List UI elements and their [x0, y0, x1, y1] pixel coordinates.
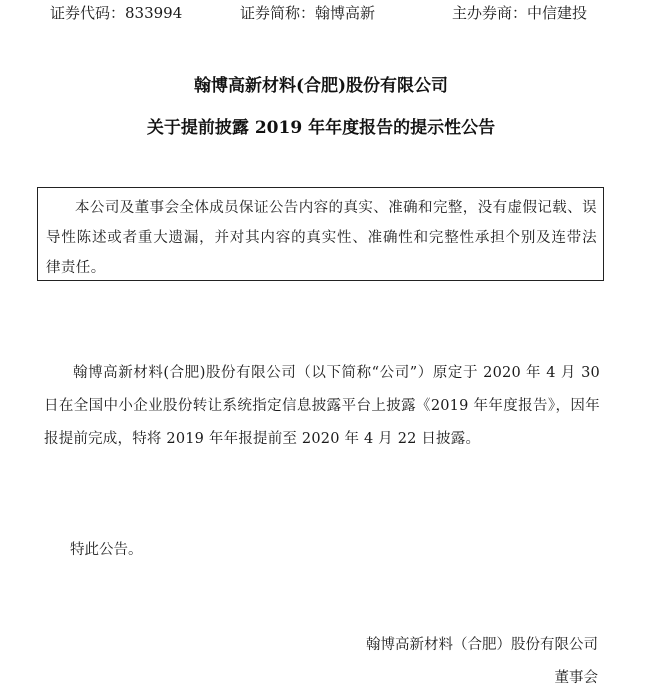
lead-broker: 主办券商：中信建投	[452, 2, 587, 24]
company-title: 翰博高新材料(合肥)股份有限公司	[0, 74, 652, 98]
security-short-name: 证券简称：翰博高新	[240, 2, 375, 24]
announcement-title: 关于提前披露 2019 年年度报告的提示性公告	[0, 116, 652, 140]
disclaimer-box: 本公司及董事会全体成员保证公告内容的真实、准确和完整，没有虚假记载、误导性陈述或…	[37, 187, 604, 281]
security-code: 证券代码：833994	[50, 2, 182, 24]
signature-company: 翰博高新材料（合肥）股份有限公司	[366, 633, 598, 657]
disclaimer-text: 本公司及董事会全体成员保证公告内容的真实、准确和完整，没有虚假记载、误导性陈述或…	[46, 193, 597, 283]
announcement-body: 翰博高新材料(合肥)股份有限公司（以下简称“公司”）原定于 2020 年 4 月…	[44, 357, 600, 456]
document-header: 证券代码：833994 证券简称：翰博高新 主办券商：中信建投	[0, 2, 662, 24]
closing-statement: 特此公告。	[70, 538, 143, 562]
signature-board: 董事会	[555, 666, 599, 690]
